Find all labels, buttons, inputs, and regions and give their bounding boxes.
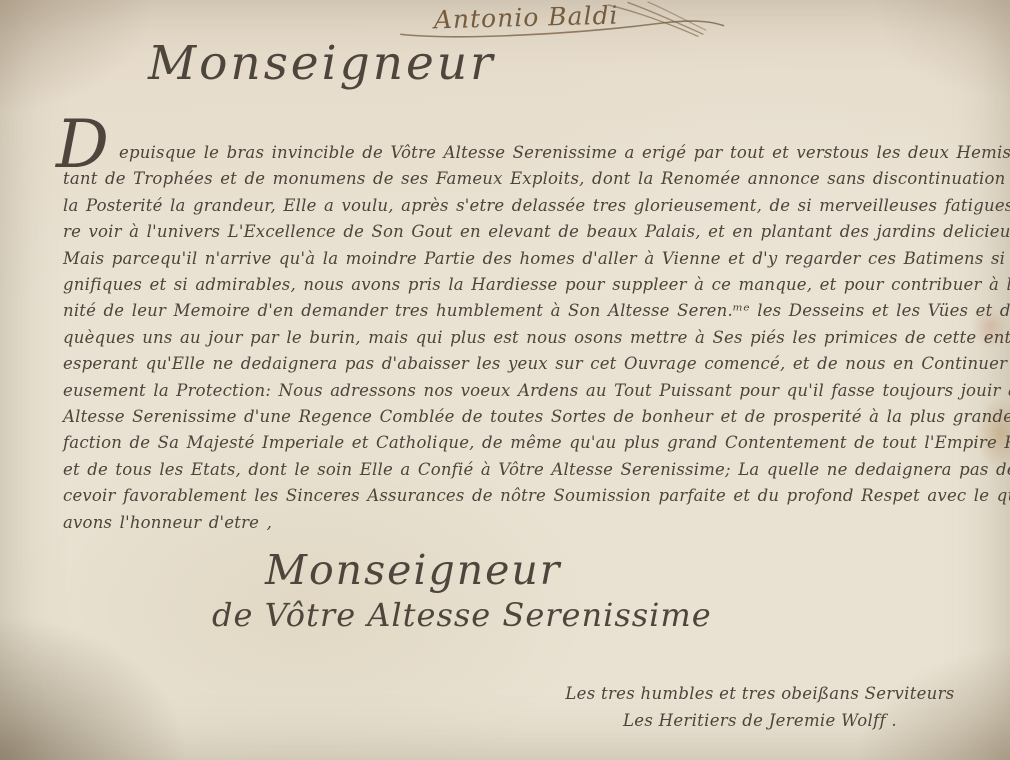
body-line: eusement la Protection: Nous adressons n…: [63, 378, 1009, 404]
body-line: la Posterité la grandeur, Elle a voulu, …: [63, 193, 1009, 219]
body-line: Mais parcequ'il n'arrive qu'à la moindre…: [63, 246, 1009, 272]
signature-block: Les tres humbles et tres obeißans Servit…: [560, 680, 960, 734]
body-line: et de tous les Etats, dont le soin Elle …: [63, 457, 1009, 483]
engraved-dedication-page: Antonio Baldi Monseigneur D epuisque le …: [0, 0, 1010, 760]
dedication-body: epuisque le bras invincible de Vôtre Alt…: [63, 140, 1009, 536]
body-line: nité de leur Memoire d'en demander tres …: [63, 298, 1009, 324]
signature-line-publisher: Les Heritiers de Jeremie Wolff .: [560, 707, 960, 734]
body-line: re voir à l'univers L'Excellence de Son …: [63, 219, 1009, 245]
body-line: cevoir favorablement les Sinceres Assura…: [63, 483, 1009, 509]
closing-salutation: Monseigneur: [265, 546, 561, 594]
handwritten-note-text: Antonio Baldi: [434, 1, 619, 35]
body-line: avons l'honneur d'etre ,: [63, 510, 1009, 536]
body-line: esperant qu'Elle ne dedaignera pas d'aba…: [63, 351, 1009, 377]
signature-line-servants: Les tres humbles et tres obeißans Servit…: [560, 680, 960, 707]
salutation-heading: Monseigneur: [148, 36, 496, 91]
body-line: quèques uns au jour par le burin, mais q…: [63, 325, 1009, 351]
closing-address: de Vôtre Altesse Serenissime: [212, 596, 712, 634]
body-line: gnifiques et si admirables, nous avons p…: [63, 272, 1009, 298]
body-line: epuisque le bras invincible de Vôtre Alt…: [63, 140, 1009, 166]
body-line: faction de Sa Majesté Imperiale et Catho…: [63, 430, 1009, 456]
body-line: Altesse Serenissime d'une Regence Comblé…: [63, 404, 1009, 430]
body-line: tant de Trophées et de monumens de ses F…: [63, 166, 1009, 192]
